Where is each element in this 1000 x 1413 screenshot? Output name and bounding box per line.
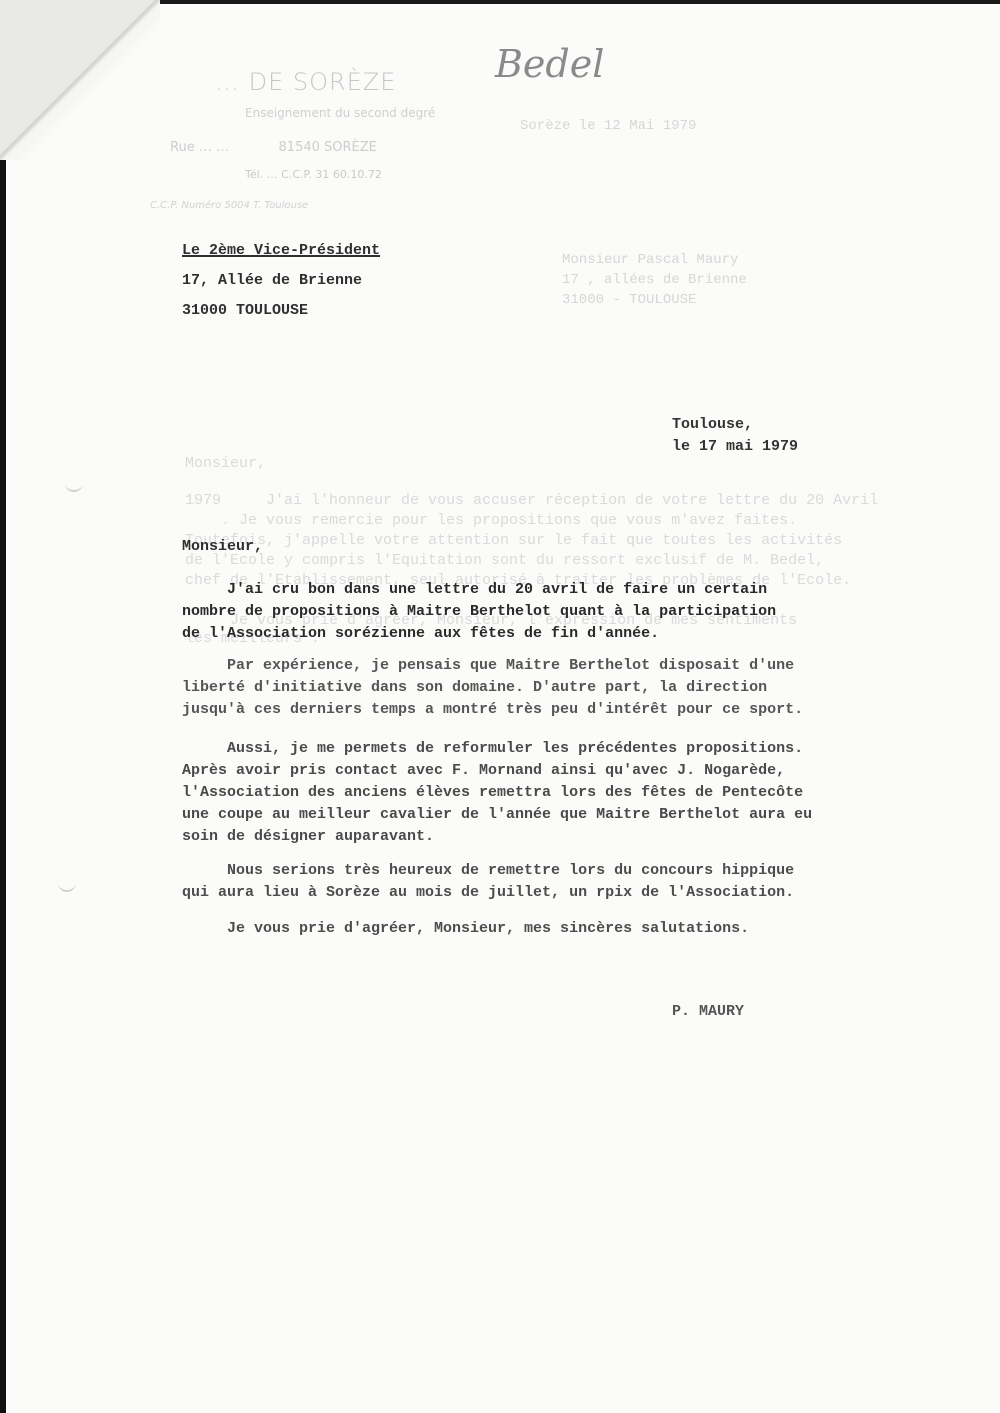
salutation: Monsieur,: [182, 538, 263, 555]
letterhead-address: Rue … … 81540 SORÈZE: [170, 140, 377, 155]
ghost-recipient-line: 31000 - TOULOUSE: [562, 292, 696, 308]
closing-paragraph: Je vous prie d'agréer, Monsieur, mes sin…: [182, 918, 962, 940]
ghost-date: Sorèze le 12 Mai 1979: [520, 118, 696, 134]
handwritten-annotation: Bedel: [495, 42, 604, 86]
letterhead-telephone: Tél. … C.C.P. 31 60.10.72: [245, 168, 382, 181]
sender-city: 31000 TOULOUSE: [182, 302, 308, 319]
folded-corner: [0, 0, 160, 160]
ghost-body-line: . Je vous remercie pour les propositions…: [185, 512, 797, 529]
punch-hole-mark: [58, 880, 76, 892]
punch-hole-mark: [65, 480, 83, 492]
letter-date: le 17 mai 1979: [672, 438, 798, 455]
signature: P. MAURY: [672, 1003, 744, 1020]
ghost-body-line: Toutefois, j'appelle votre attention sur…: [185, 532, 842, 549]
ghost-body-line: Monsieur,: [185, 455, 266, 472]
letter-place: Toulouse,: [672, 416, 753, 433]
letterhead-title: … DE SORÈZE: [215, 68, 396, 96]
body-paragraph: Nous serions très heureux de remettre lo…: [182, 860, 962, 904]
sender-title: Le 2ème Vice-Président: [182, 242, 380, 259]
letterhead-subtitle: Enseignement du second degré: [245, 106, 435, 120]
sender-street: 17, Allée de Brienne: [182, 272, 362, 289]
letterhead-ccp: C.C.P. Numéro 5004 T. Toulouse: [150, 200, 308, 211]
ghost-recipient-line: 17 , allées de Brienne: [562, 272, 747, 288]
scan-border-left: [0, 0, 6, 1413]
body-paragraph: Par expérience, je pensais que Maitre Be…: [182, 655, 962, 721]
ghost-recipient-line: Monsieur Pascal Maury: [562, 252, 738, 268]
body-paragraph: J'ai cru bon dans une lettre du 20 avril…: [182, 579, 962, 645]
ghost-body-line: de l'Ecole y compris l'Equitation sont d…: [185, 552, 824, 569]
body-paragraph: Aussi, je me permets de reformuler les p…: [182, 738, 962, 848]
ghost-body-line: 1979 J'ai l'honneur de vous accuser réce…: [185, 492, 878, 509]
